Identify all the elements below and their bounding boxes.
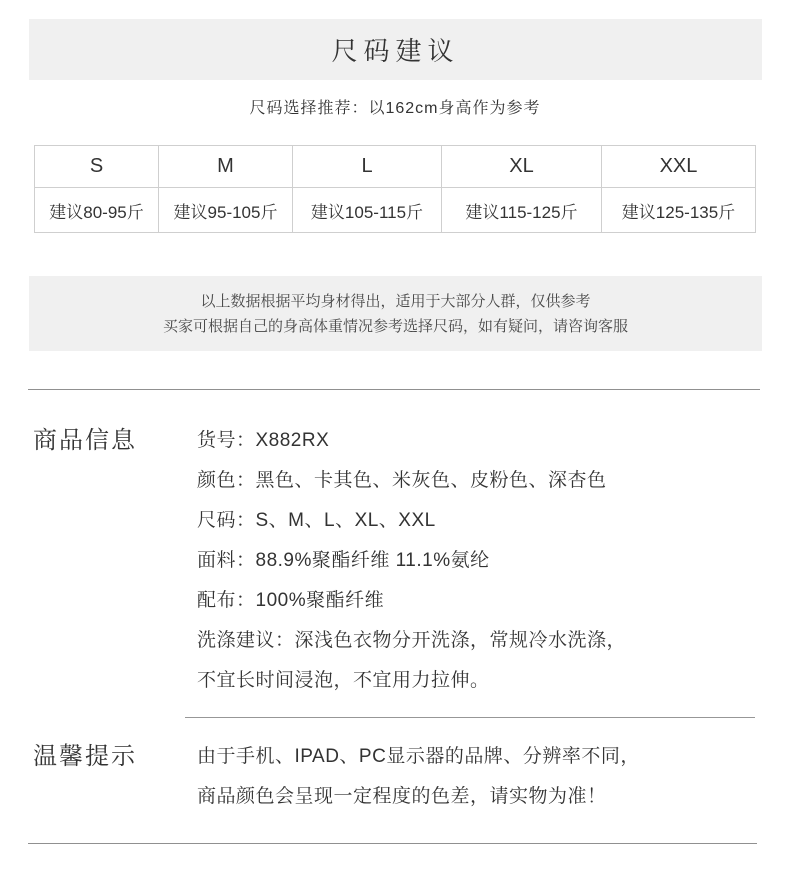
size-note-line-1: 以上数据根据平均身材得出，适用于大部分人群，仅供参考 [29,289,762,314]
size-table-header-row: S M L XL XXL [35,146,756,188]
size-table-header-cell-m: M [159,146,293,188]
product-info-line-item-no: 货号：X882RX [197,421,626,461]
tips-content: 由于手机、IPAD、PC显示器的品牌、分辨率不同， 商品颜色会呈现一定程度的色差… [197,737,640,817]
section-divider-top [28,389,760,390]
size-subtitle: 尺码选择推荐：以162cm身高作为参考 [0,95,790,118]
size-note-line-2: 买家可根据自己的身高体重情况参考选择尺码，如有疑问，请咨询客服 [29,314,762,339]
size-suggestion-title: 尺码建议 [331,31,459,68]
tips-line-1: 由于手机、IPAD、PC显示器的品牌、分辨率不同， [197,737,640,777]
section-divider-bottom [28,843,757,844]
product-info-line-lining: 配布：100%聚酯纤维 [197,581,626,621]
size-table-value-row: 建议80-95斤 建议95-105斤 建议105-115斤 建议115-125斤… [35,188,756,233]
section-divider-middle [185,717,755,718]
size-table-value-cell-xl: 建议115-125斤 [442,188,602,233]
size-table-value-cell-l: 建议105-115斤 [293,188,442,233]
product-info-line-washing-2: 不宜长时间浸泡，不宜用力拉伸。 [197,661,626,701]
product-info-line-washing-1: 洗涤建议：深浅色衣物分开洗涤，常规冷水洗涤， [197,621,626,661]
size-table-header-cell-l: L [293,146,442,188]
size-table-value-cell-s: 建议80-95斤 [35,188,159,233]
size-table-header-cell-xxl: XXL [602,146,756,188]
tips-section: 温馨提示 由于手机、IPAD、PC显示器的品牌、分辨率不同， 商品颜色会呈现一定… [0,737,790,817]
product-info-line-colors: 颜色：黑色、卡其色、米灰色、皮粉色、深杏色 [197,461,626,501]
size-table: S M L XL XXL 建议80-95斤 建议95-105斤 建议105-11… [34,145,756,233]
product-info-line-sizes: 尺码：S、M、L、XL、XXL [197,501,626,541]
product-info-label: 商品信息 [33,421,197,461]
size-table-header-cell-s: S [35,146,159,188]
size-table-value-cell-xxl: 建议125-135斤 [602,188,756,233]
product-info-line-fabric: 面料：88.9%聚酯纤维 11.1%氨纶 [197,541,626,581]
tips-label: 温馨提示 [33,737,197,777]
size-note-box: 以上数据根据平均身材得出，适用于大部分人群，仅供参考 买家可根据自己的身高体重情… [29,276,762,351]
size-table-header-cell-xl: XL [442,146,602,188]
tips-line-2: 商品颜色会呈现一定程度的色差，请实物为准！ [197,777,640,817]
size-table-value-cell-m: 建议95-105斤 [159,188,293,233]
size-suggestion-header: 尺码建议 [29,19,762,80]
product-info-section: 商品信息 货号：X882RX 颜色：黑色、卡其色、米灰色、皮粉色、深杏色 尺码：… [0,421,790,701]
product-info-content: 货号：X882RX 颜色：黑色、卡其色、米灰色、皮粉色、深杏色 尺码：S、M、L… [197,421,626,701]
product-detail-page: 尺码建议 尺码选择推荐：以162cm身高作为参考 S M L XL XXL 建议… [0,19,790,844]
